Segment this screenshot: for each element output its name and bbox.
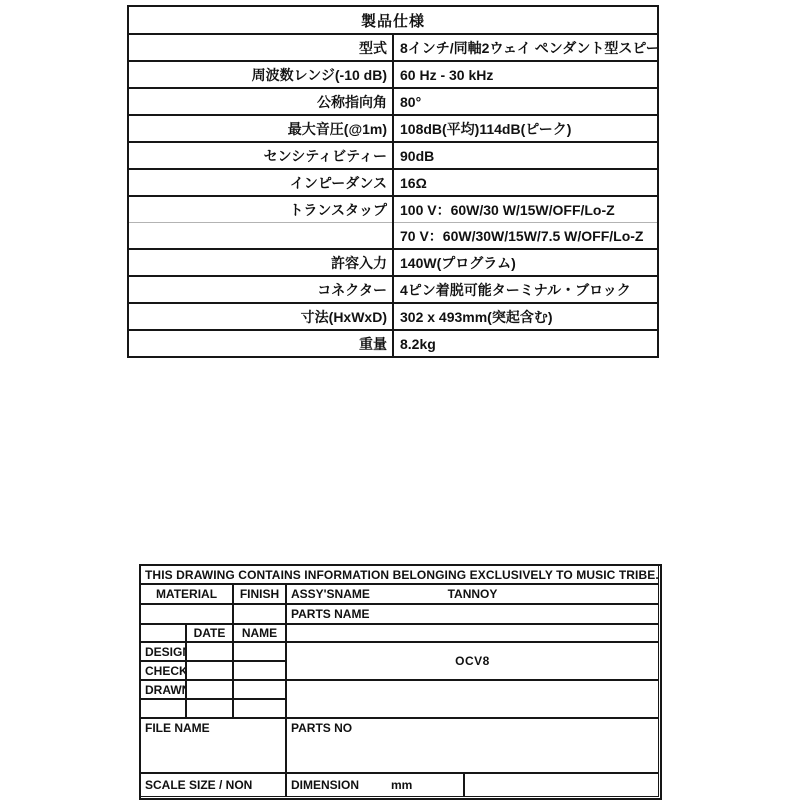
dimension-label: DIMENSION xyxy=(291,778,359,792)
spec-table-title: 製品仕様 xyxy=(128,6,658,34)
assy-name-cell: ASSY'SNAME TANNOY xyxy=(286,584,659,604)
drawn-label: DRAWN xyxy=(140,680,186,699)
spare-signoff-label-cell xyxy=(140,699,186,718)
spec-row-connector: コネクター 4ピン着脱可能ターミナル・ブロック xyxy=(128,276,658,303)
model-number: OCV8 xyxy=(286,642,659,680)
spec-row-transformer-tap-70v: 70 V：60W/30W/15W/7.5 W/OFF/Lo-Z xyxy=(128,223,658,250)
spec-value: 80° xyxy=(393,88,658,115)
spec-label: 重量 xyxy=(128,330,393,357)
name-header: NAME xyxy=(233,624,286,642)
spec-row-weight: 重量 8.2kg xyxy=(128,330,658,357)
spec-value: 140W(プログラム) xyxy=(393,249,658,276)
spec-row-max-spl: 最大音圧(@1m) 108dB(平均)114dB(ピーク) xyxy=(128,115,658,142)
check-label: CHECK xyxy=(140,661,186,680)
material-header: MATERIAL xyxy=(140,584,233,604)
spec-label: トランスタップ xyxy=(128,196,393,223)
spec-row-coverage-angle: 公称指向角 80° xyxy=(128,88,658,115)
finish-header: FINISH xyxy=(233,584,286,604)
spec-header-row: 製品仕様 xyxy=(128,6,658,34)
spec-value: 8.2kg xyxy=(393,330,658,357)
spec-value: 108dB(平均)114dB(ピーク) xyxy=(393,115,658,142)
check-name-cell xyxy=(233,661,286,680)
assy-name-label: ASSY'SNAME xyxy=(291,587,370,601)
spec-label: 許容入力 xyxy=(128,249,393,276)
check-date-cell xyxy=(186,661,233,680)
parts-name-cell: PARTS NAME xyxy=(286,604,659,624)
spare-signoff-name-cell xyxy=(233,699,286,718)
signoff-corner-cell xyxy=(140,624,186,642)
model-lower-empty-cell xyxy=(286,680,659,718)
design-label: DESIGN xyxy=(140,642,186,661)
finish-value-cell xyxy=(233,604,286,624)
spec-value: 16Ω xyxy=(393,169,658,196)
confidentiality-notice: THIS DRAWING CONTAINS INFORMATION BELONG… xyxy=(140,565,659,584)
design-date-cell xyxy=(186,642,233,661)
design-name-cell xyxy=(233,642,286,661)
spare-signoff-date-cell xyxy=(186,699,233,718)
file-name-cell: FILE NAME xyxy=(140,718,286,773)
spec-label: 公称指向角 xyxy=(128,88,393,115)
date-header: DATE xyxy=(186,624,233,642)
spec-label: センシティビティー xyxy=(128,142,393,169)
spec-value: 60 Hz - 30 kHz xyxy=(393,61,658,88)
material-value-cell xyxy=(140,604,233,624)
spec-row-transformer-tap-100v: トランスタップ 100 V：60W/30 W/15W/OFF/Lo-Z xyxy=(128,196,658,223)
spec-label: 最大音圧(@1m) xyxy=(128,115,393,142)
model-upper-empty-cell xyxy=(286,624,659,642)
spec-label: 寸法(HxWxD) xyxy=(128,303,393,330)
spec-label xyxy=(128,223,393,250)
dimension-unit: mm xyxy=(391,778,412,792)
drawing-title-block: THIS DRAWING CONTAINS INFORMATION BELONG… xyxy=(140,565,659,797)
spec-label: 型式 xyxy=(128,34,393,61)
spec-row-impedance: インピーダンス 16Ω xyxy=(128,169,658,196)
dimension-empty-cell xyxy=(464,773,659,797)
spec-label: コネクター xyxy=(128,276,393,303)
spec-row-model: 型式 8インチ/同軸2ウェイ ペンダント型スピーカー xyxy=(128,34,658,61)
spec-value: 4ピン着脱可能ターミナル・ブロック xyxy=(393,276,658,303)
spec-value: 302 x 493mm(突起含む) xyxy=(393,303,658,330)
dimension-cell: DIMENSION mm xyxy=(286,773,464,797)
spec-row-frequency-range: 周波数レンジ(-10 dB) 60 Hz - 30 kHz xyxy=(128,61,658,88)
spec-label: インピーダンス xyxy=(128,169,393,196)
spec-value: 8インチ/同軸2ウェイ ペンダント型スピーカー xyxy=(393,34,658,61)
spec-value: 70 V：60W/30W/15W/7.5 W/OFF/Lo-Z xyxy=(393,223,658,250)
drawn-name-cell xyxy=(233,680,286,699)
scale-size-cell: SCALE SIZE / NON xyxy=(140,773,286,797)
parts-no-cell: PARTS NO xyxy=(286,718,659,773)
spec-label: 周波数レンジ(-10 dB) xyxy=(128,61,393,88)
spec-row-power-handling: 許容入力 140W(プログラム) xyxy=(128,249,658,276)
spec-value: 90dB xyxy=(393,142,658,169)
spec-row-dimensions: 寸法(HxWxD) 302 x 493mm(突起含む) xyxy=(128,303,658,330)
spec-table: 製品仕様 型式 8インチ/同軸2ウェイ ペンダント型スピーカー 周波数レンジ(-… xyxy=(127,5,659,358)
spec-row-sensitivity: センシティビティー 90dB xyxy=(128,142,658,169)
spec-value: 100 V：60W/30 W/15W/OFF/Lo-Z xyxy=(393,196,658,223)
drawn-date-cell xyxy=(186,680,233,699)
